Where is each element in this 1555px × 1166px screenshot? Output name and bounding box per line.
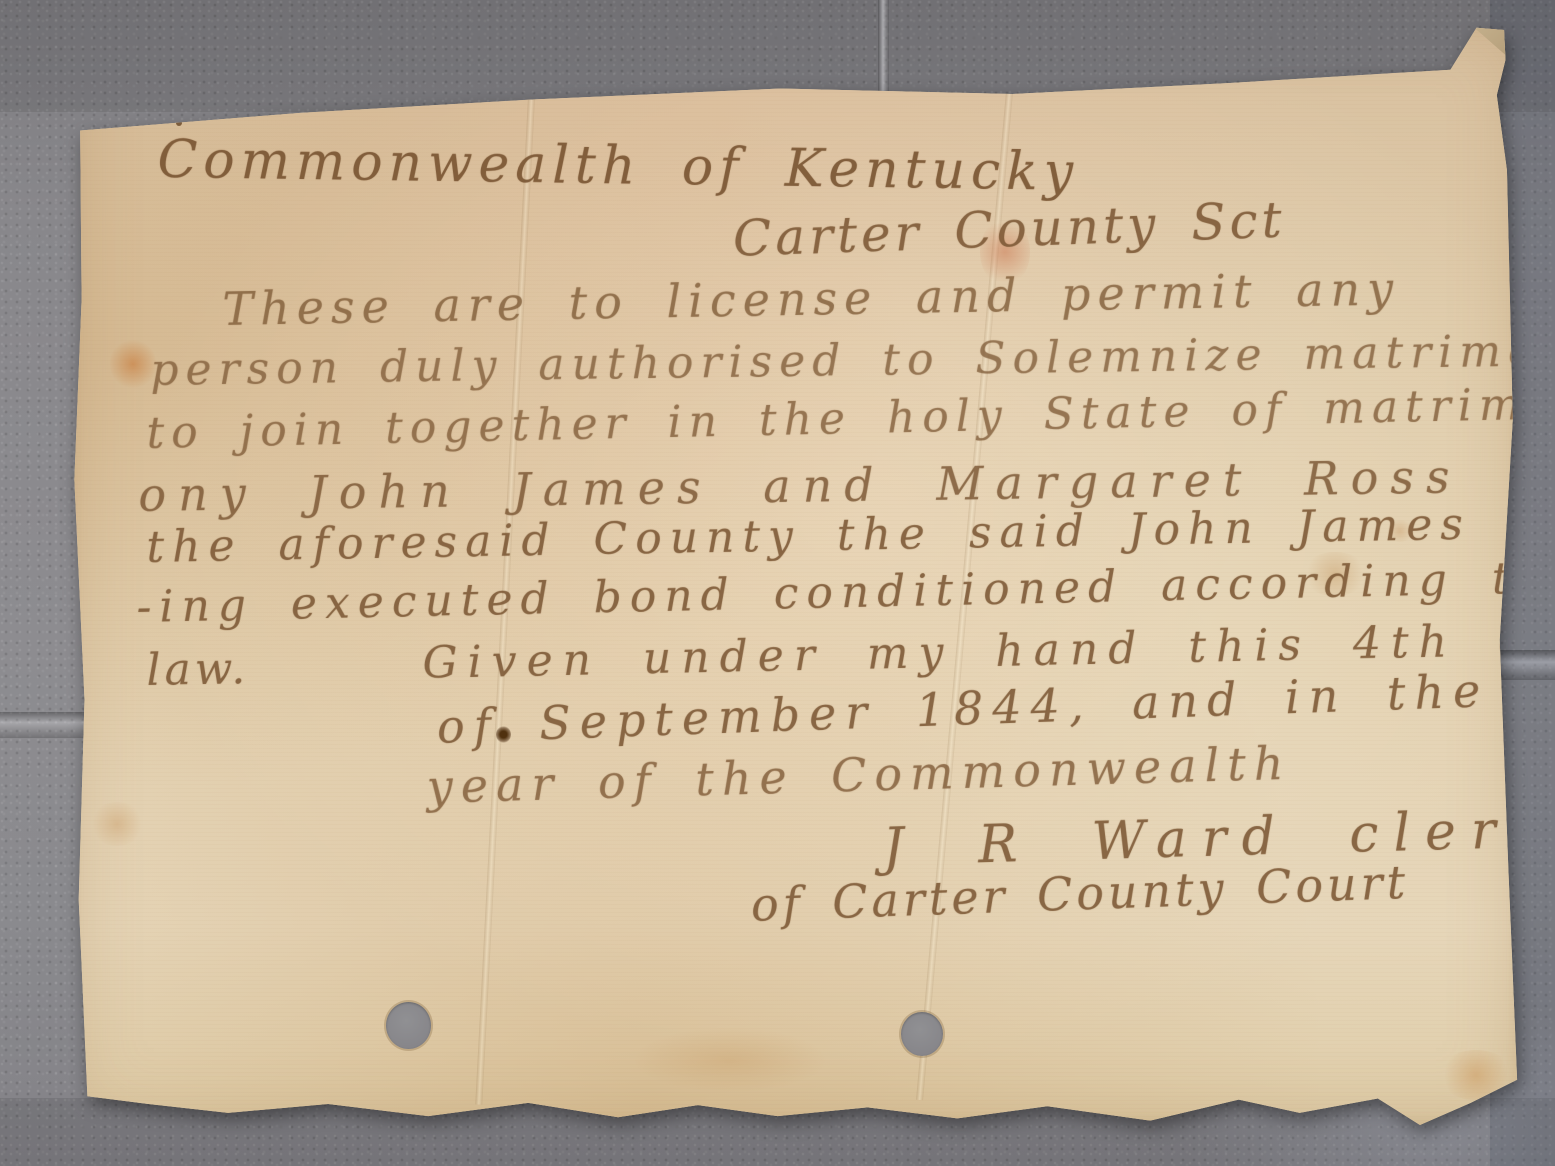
punch-hole-right [901,1012,943,1056]
stain [203,93,210,99]
stain [538,50,668,84]
photo-of-document: Commonwealth of Kentucky Carter County S… [0,0,1555,1166]
document-paper: Commonwealth of Kentucky Carter County S… [70,20,1520,1125]
handwritten-line: Commonwealth of Kentucky [157,130,1079,203]
handwritten-line: law. [146,643,250,696]
punch-hole-left [386,1002,431,1049]
ink-blot [496,726,511,743]
handwritten-line: These are to license and permit any [222,261,1401,336]
stain [90,802,144,846]
stain [635,1028,825,1092]
stain [176,120,182,126]
document-paper-wrapper: Commonwealth of Kentucky Carter County S… [70,20,1520,1125]
handwritten-line: Carter County Sct [732,191,1286,268]
stain [1438,1050,1514,1100]
handwritten-line: of Carter County Court [750,855,1410,932]
